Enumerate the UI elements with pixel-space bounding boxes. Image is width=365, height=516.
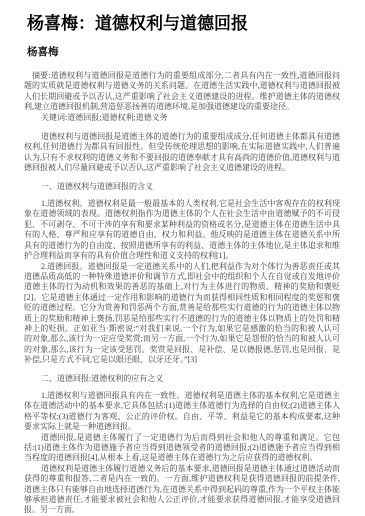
keywords-line: 关键词:道德回报;道德权利;道德义务: [24, 113, 340, 123]
page-title: 杨喜梅：道德权利与道德回报: [27, 13, 340, 35]
document-page: 杨喜梅：道德权利与道德回报 杨喜梅 摘要:道德权利与道德回报是道德行为的重要组成…: [0, 0, 365, 516]
author-name: 杨喜梅: [27, 45, 340, 59]
intro-paragraph: 道德权利与道德回报是道德主体的道德行为的重要组成成分,任何道德主体都具有道德权利…: [24, 132, 340, 174]
section-2-paragraph-1: 1.道德权利与道德回报具有内在一致性。道德权利是道德主体的基本权利,它是道德主体…: [24, 391, 340, 433]
section-2-heading: 二、道德回报:道德权利的应有之义: [24, 374, 340, 384]
section-1-paragraph-1: 1.道德权利。道德权利是最一般最基本的人类权利,它是社会生活中客观存在的权利现象…: [24, 199, 340, 261]
section-2-paragraph-2: 道德回报,是道德主体履行了一定道德行为后而得到社会和他人的尊重和满足。它包括:(…: [24, 433, 340, 464]
section-1-heading: 一、道德权利与道德回报的含义: [24, 182, 340, 192]
section-1-paragraph-2: 2.道德回报。道德回报是一定道德关系中的人们,把利益作为对个体行为善恶责任或其道…: [24, 262, 340, 366]
abstract-text: 摘要:道德权利与道德回报是道德行为的重要组成部分,二者具有内在一致性,道德回报问…: [24, 71, 340, 113]
section-2-paragraph-3: 道德权利是道德主体履行道德义务后的基本要求,道德回报是道德主体通过道德活动而获得…: [24, 464, 340, 516]
